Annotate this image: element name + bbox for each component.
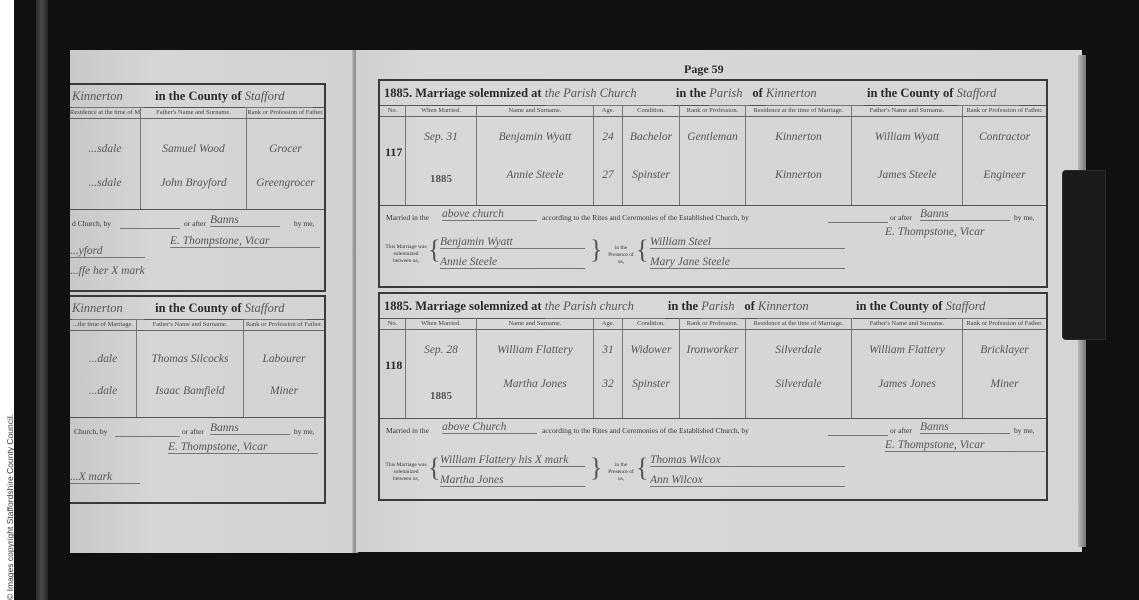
place-value: the Parish Church [545,81,673,106]
cell-father-profession: Miner [244,385,324,397]
district-value: Kinnerton [758,294,853,319]
entry-header: 1885. Marriage solemnized at the Parish … [380,81,1046,106]
county-value: Stafford [946,294,1008,319]
county-value: Stafford [957,81,1019,106]
witness-1-signature: Thomas Wilcox [650,454,845,467]
col-profession: Rank or Profession. [680,318,746,330]
col-father-name: Father's Name and Surname. [852,105,963,117]
left-entry-1-header: Kinnerton in the County of Stafford [70,85,324,108]
bride-age: 32 [594,378,622,390]
col-residence: ...the time of Marriage. [70,319,137,331]
col-father-profession: Rank or Profession of Father. [963,318,1046,330]
entry-number: 118 [385,358,402,373]
bride-father-name: James Steele [852,169,962,181]
cell-residence: ...sdale [70,143,140,155]
solemnized-between-label: This Marriage was solemnized between us, [384,462,428,483]
cell-father-profession: Labourer [244,353,324,365]
groom-age: 24 [594,131,622,143]
bride-name: Martha Jones [477,378,593,390]
partial-signature: ...X mark [70,471,140,484]
officiant-signature: E. Thompstone, Vicar [885,439,1045,452]
rites-text: according to the Rites and Ceremonies of… [542,213,749,222]
district-value: Kinnerton [72,297,144,320]
cell-father-name: Isaac Bamfield [137,385,243,397]
officiant-signature: E. Thompstone, Vicar [170,235,320,248]
groom-residence: Kinnerton [746,131,851,143]
in-the-label: in the [676,86,706,100]
cell-residence: ...sdale [70,177,140,189]
cell-father-profession: Grocer [247,143,324,155]
bride-signature: Martha Jones [440,474,585,487]
bride-age: 27 [594,169,622,181]
county-label: in the County of [155,89,241,103]
copyright-strip: © Images copyright Staffordshire County … [0,0,14,600]
groom-residence: Silverdale [746,344,851,356]
or-after-label: or after [890,426,912,435]
col-when-married: When Married. [406,318,477,330]
groom-condition: Bachelor [623,131,679,143]
county-value: Stafford [245,297,307,320]
col-father-name: Father's Name and Surname. [137,319,244,331]
county-label: in the County of [856,299,942,313]
county-label: in the County of [155,301,241,315]
groom-signature: Benjamin Wyatt [440,236,585,249]
col-residence: Residence at the time of Marriage. [70,107,141,119]
solemnized-between-label: This Marriage was solemnized between us, [384,244,428,265]
partial-signature: ...ffe her X mark [70,265,190,277]
col-residence: Residence at the time of Marriage. [746,318,852,330]
or-after-label: or after [182,427,204,436]
entry-year: 1885 [384,299,409,313]
groom-profession: Gentleman [680,131,745,143]
col-father-profession: Rank or Profession of Father. [963,105,1046,117]
col-no: No. [380,105,406,117]
married-in-value: above church [442,208,537,221]
page-number: Page 59 [684,62,724,77]
col-father-name: Father's Name and Surname. [852,318,963,330]
left-entry-2-header: Kinnerton in the County of Stafford [70,297,324,320]
place-value: the Parish church [545,294,665,319]
presence-label: in the Presence of us, [606,245,636,266]
left-entry-2: Kinnerton in the County of Stafford ...t… [70,295,326,504]
solemnized-label: Marriage solemnized at [415,299,541,313]
binding-edge [36,0,48,600]
presence-label: in the Presence of us, [606,462,636,483]
col-father-name: Father's Name and Surname. [141,107,247,119]
by-me-label: by me, [294,427,314,436]
cell-residence: ...dale [70,385,136,397]
marriage-entry-118: 1885. Marriage solemnized at the Parish … [378,292,1048,501]
rites-text: according to the Rites and Ceremonies of… [542,426,749,435]
witness-2-signature: Ann Wilcox [650,474,845,487]
banns-value: Banns [210,214,280,227]
married-in-label: Married in the [386,426,429,435]
bride-residence: Silverdale [746,378,851,390]
entry-year: 1885 [384,86,409,100]
officiant-signature: E. Thompstone, Vicar [168,441,318,454]
officiant-signature: E. Thompstone, Vicar [885,226,1045,238]
col-when-married: When Married. [406,105,477,117]
cell-father-name: John Brayford [141,177,246,189]
cell-father-profession: Greengrocer [247,177,324,189]
district-type-value: Parish [709,81,749,106]
by-me-label: by me, [1014,213,1034,222]
church-by-label: d Church, by [72,219,111,228]
col-condition: Condition. [623,318,680,330]
binding-tab [1062,170,1106,340]
or-after-label: or after [184,219,206,228]
witness-2-signature: Mary Jane Steele [650,256,845,269]
witness-1-signature: William Steel [650,236,845,249]
col-profession: Rank or Profession. [680,105,746,117]
col-father-profession: Rank or Profession of Father. [247,107,324,119]
col-name: Name and Surname. [477,105,594,117]
left-page: Kinnerton in the County of Stafford Resi… [70,50,356,553]
cell-father-name: Thomas Silcocks [137,353,243,365]
bride-name: Annie Steele [477,169,593,181]
col-residence: Residence at the time of Marriage. [746,105,852,117]
cell-father-name: Samuel Wood [141,143,246,155]
col-father-profession: Rank or Profession of Father. [244,319,324,331]
bride-condition: Spinster [623,169,679,181]
bride-condition: Spinster [623,378,679,390]
of-label: of [752,86,762,100]
district-value: Kinnerton [72,85,144,108]
cell-residence: ...dale [70,353,136,365]
banns-value: Banns [920,208,1010,221]
marriage-entry-117: 1885. Marriage solemnized at the Parish … [378,79,1048,288]
bride-signature: Annie Steele [440,256,585,269]
bride-father-profession: Miner [963,378,1046,390]
col-age: Age. [594,105,623,117]
groom-signature: William Flattery his X mark [440,454,585,467]
banns-value: Banns [210,422,290,435]
county-label: in the County of [867,86,953,100]
in-the-label: in the [668,299,698,313]
bride-residence: Kinnerton [746,169,851,181]
solemnized-label: Marriage solemnized at [415,86,541,100]
banns-value: Banns [920,421,1010,434]
left-entry-1: Kinnerton in the County of Stafford Resi… [70,83,326,292]
church-by-label: Church, by [74,427,107,436]
marriage-date: Sep. 31 [406,131,476,143]
of-label: of [744,299,754,313]
groom-name: William Flattery [477,344,593,356]
groom-name: Benjamin Wyatt [477,131,593,143]
by-me-label: by me, [1014,426,1034,435]
district-value: Kinnerton [766,81,864,106]
groom-father-profession: Contractor [963,131,1046,143]
entry-header: 1885. Marriage solemnized at the Parish … [380,294,1046,319]
groom-father-name: William Wyatt [852,131,962,143]
district-type-value: Parish [701,294,741,319]
groom-profession: Ironworker [680,344,745,356]
bride-father-profession: Engineer [963,169,1046,181]
entry-number: 117 [385,145,402,160]
col-no: No. [380,318,406,330]
married-in-label: Married in the [386,213,429,222]
by-me-label: by me, [294,219,314,228]
marriage-date: Sep. 28 [406,344,476,356]
col-name: Name and Surname. [477,318,594,330]
groom-father-profession: Bricklayer [963,344,1046,356]
county-value: Stafford [245,85,313,108]
groom-condition: Widower [623,344,679,356]
marriage-year: 1885 [406,173,476,185]
groom-age: 31 [594,344,622,356]
col-condition: Condition. [623,105,680,117]
partial-signature: ...yford [70,245,145,258]
groom-father-name: William Flattery [852,344,962,356]
married-in-value: above Church [442,421,537,434]
col-age: Age. [594,318,623,330]
or-after-label: or after [890,213,912,222]
marriage-year: 1885 [406,390,476,402]
bride-father-name: James Jones [852,378,962,390]
